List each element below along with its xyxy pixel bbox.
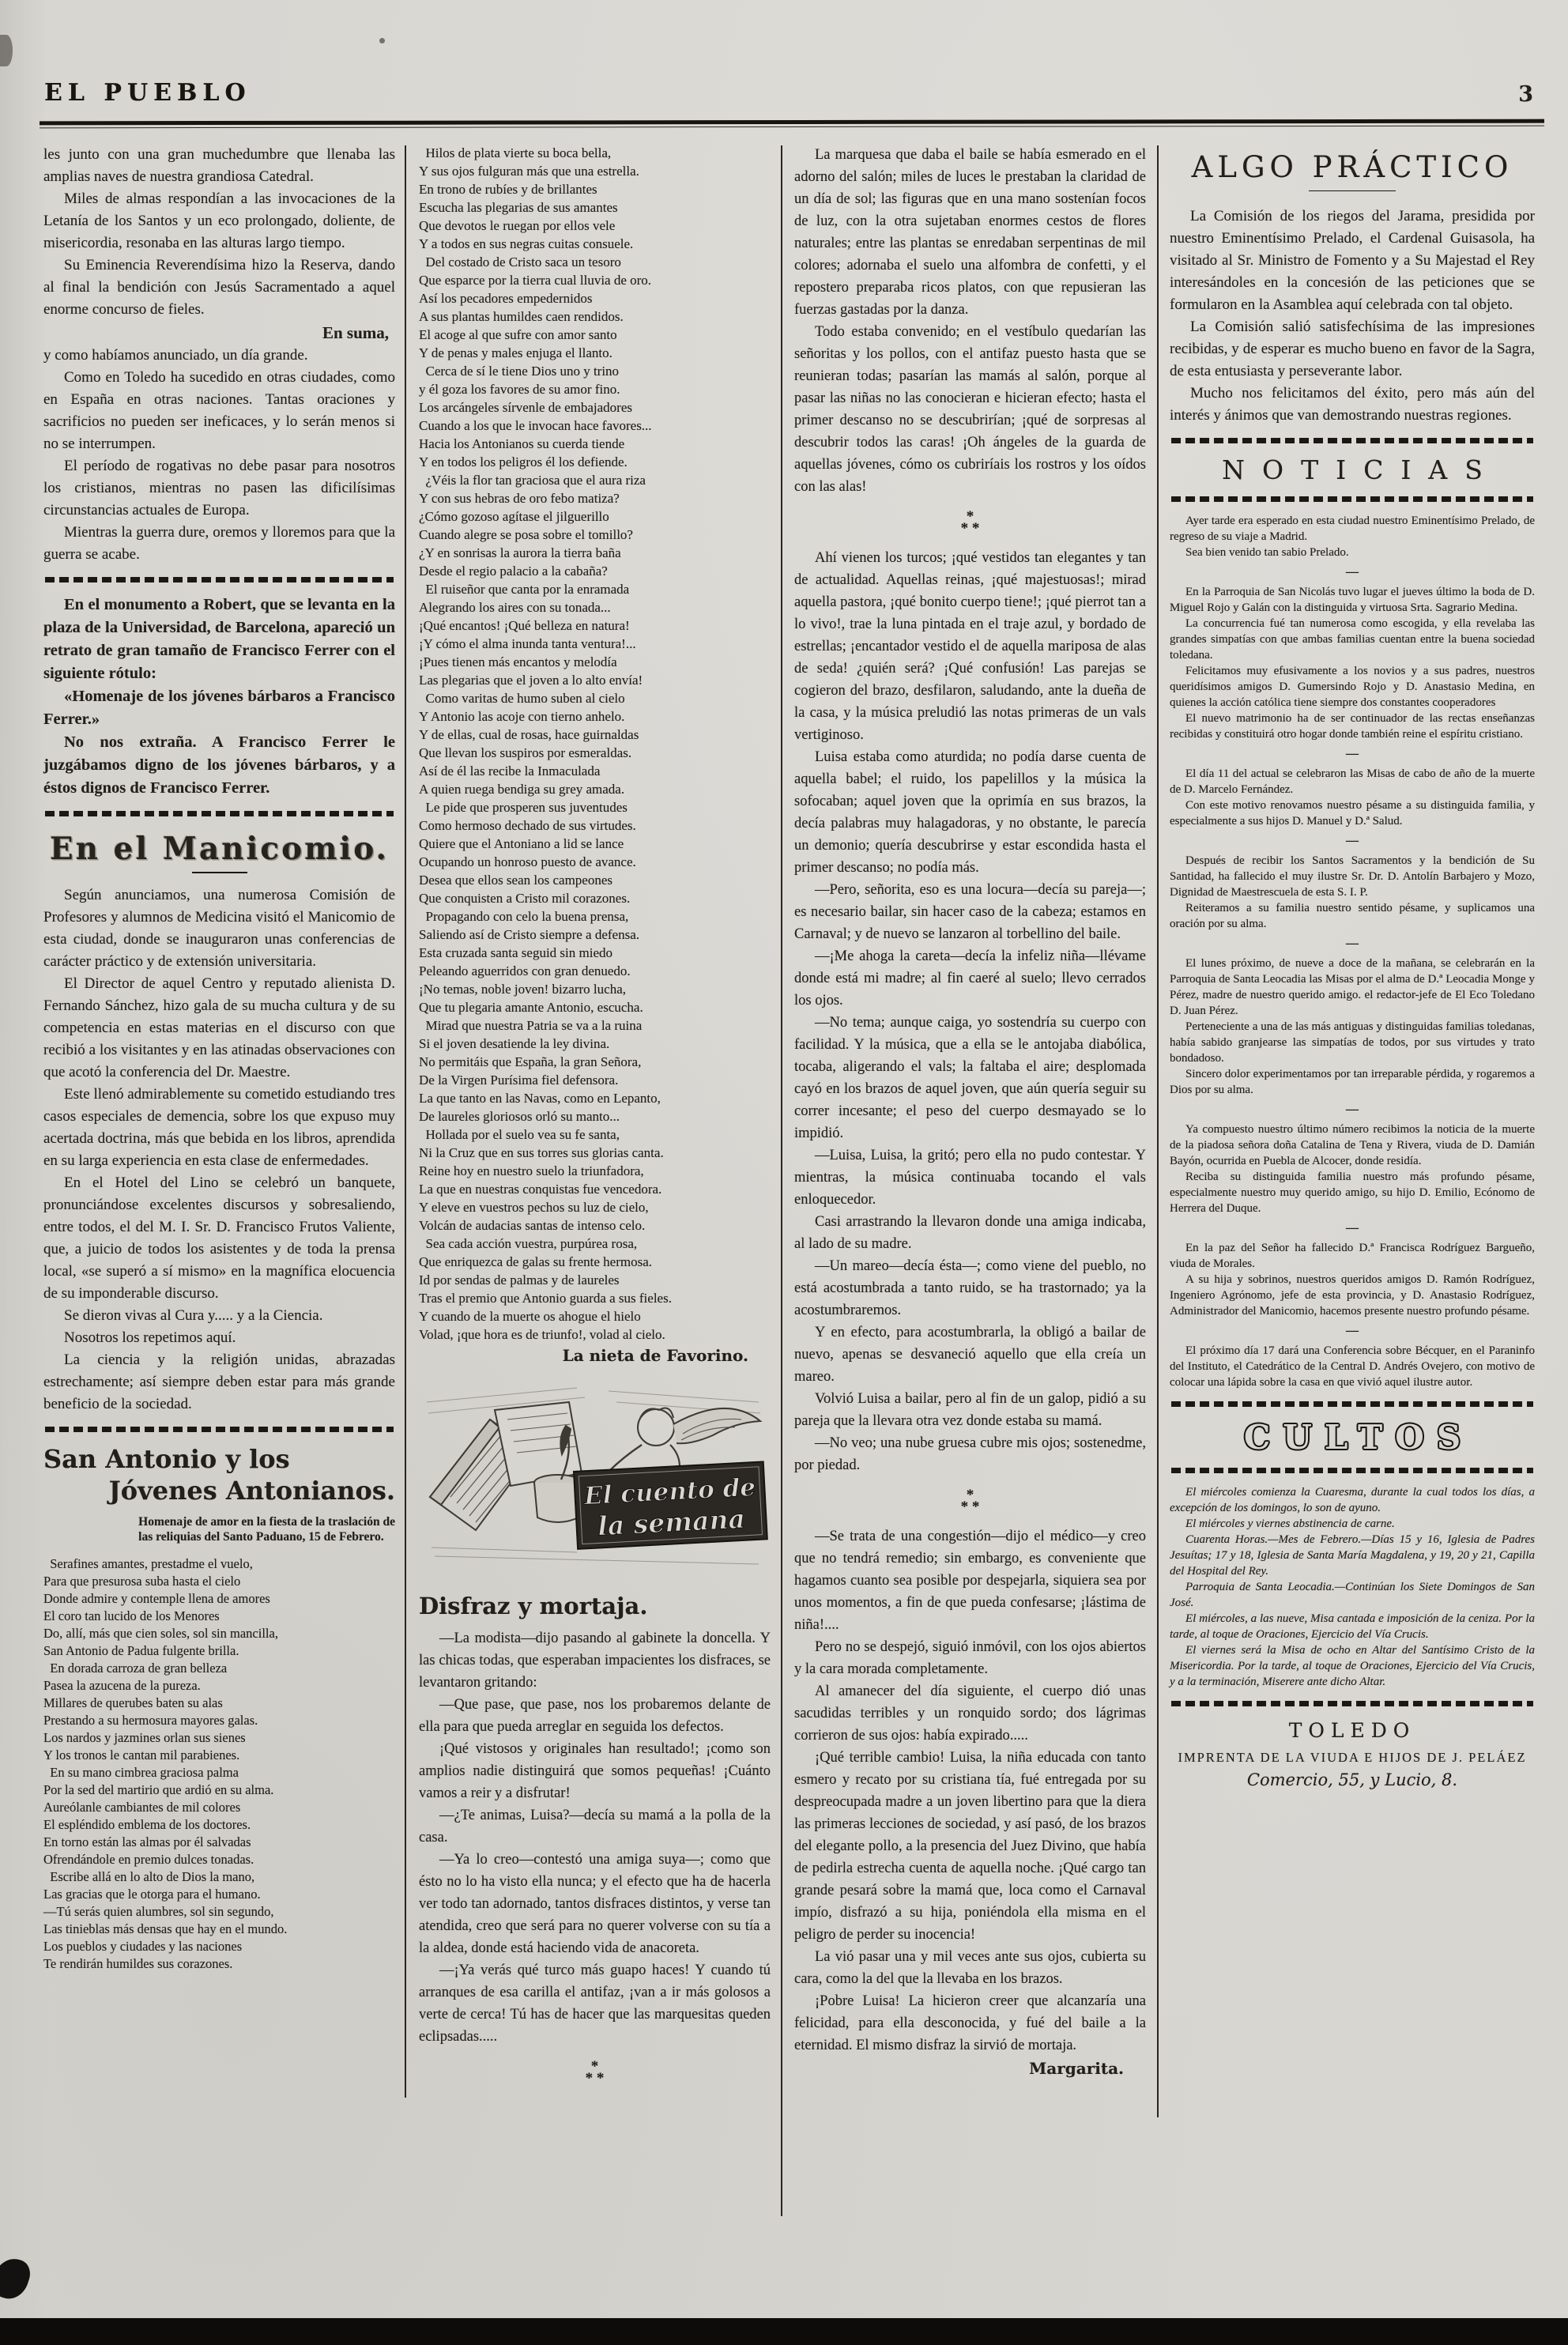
paragraph: El Director de aquel Centro y reputado a… — [43, 973, 395, 1084]
paragraph: Ya compuesto nuestro último número recib… — [1170, 1122, 1535, 1169]
paragraph: Todo estaba convenido; en el vestíbulo q… — [794, 321, 1146, 498]
poem-line: Que enriquezca de galas su frente hermos… — [419, 1253, 771, 1271]
poem-line: Esta cruzada santa seguid sin miedo — [419, 944, 771, 962]
paragraph: Reciba su distinguida familia nuestro má… — [1170, 1169, 1535, 1216]
poem-line: ¿Y en sonrisas la aurora la tierra baña — [419, 544, 771, 562]
poem-line: Y sus ojos fulguran más que una estrella… — [419, 162, 771, 180]
dashed-separator — [1171, 1701, 1533, 1706]
paragraph: Se dieron vivas al Cura y..... y a la Ci… — [43, 1305, 395, 1327]
paragraph: El período de rogativas no debe pasar pa… — [43, 455, 395, 522]
poem-line: Cerca de sí le tiene Dios uno y trino — [419, 362, 771, 380]
en-suma-line: En suma, — [43, 321, 395, 345]
paragraph: El día 11 del actual se celebraron las M… — [1170, 766, 1535, 797]
poem-line: Donde admire y contemple llena de amores — [43, 1590, 395, 1608]
notice-divider: — — [1170, 832, 1535, 850]
paragraph: —Luisa, Luisa, la gritó; pero ella no pu… — [794, 1144, 1146, 1211]
poem-line: Que conquisten a Cristo mil corazones. — [419, 889, 771, 907]
poem-line: Escribe allá en lo alto de Dios la mano, — [43, 1868, 395, 1886]
article-manicomio: Según anunciamos, una numerosa Comisión … — [43, 884, 395, 1416]
paragraph: Mientras la guerra dure, oremos y llorem… — [43, 522, 395, 566]
newspaper-masthead: EL PUEBLO — [44, 79, 251, 107]
headline-underline — [192, 872, 247, 873]
poem-line: ¡No temas, noble joven! bizarro lucha, — [419, 980, 771, 998]
scan-ink-blob — [0, 2253, 34, 2303]
poem-line: Sea cada acción vuestra, purpúrea rosa, — [419, 1235, 771, 1253]
paragraph: —Que pase, que pase, nos los probaremos … — [419, 1694, 771, 1738]
poem-line: Y los tronos le cantan mil parabienes. — [43, 1747, 395, 1764]
paragraph: Reiteramos a su familia nuestro sentido … — [1170, 900, 1535, 932]
poem-part-1: Serafines amantes, prestadme el vuelo,Pa… — [43, 1555, 395, 1973]
poem-line: Del costado de Cristo saca un tesoro — [419, 253, 771, 271]
dashed-separator — [1171, 1401, 1533, 1407]
notice-item: El lunes próximo, de nueve a doce de la … — [1170, 956, 1535, 1098]
paragraph: ¡Qué terrible cambio! Luisa, la niña edu… — [794, 1747, 1146, 1946]
notice-divider: — — [1170, 935, 1535, 952]
poem-line: Ocupando un honroso puesto de avance. — [419, 853, 771, 871]
poem-line: Que esparce por la tierra cual lluvia de… — [419, 271, 771, 289]
paragraph: —Pero, señorita, eso es una locura—decía… — [794, 879, 1146, 945]
paragraph: —¿Te animas, Luisa?—decía su mamá a la p… — [419, 1804, 771, 1849]
poem-line: Le pide que prosperen sus juventudes — [419, 798, 771, 816]
notice-divider: — — [1170, 564, 1535, 581]
paragraph: —¡Ya verás qué turco más guapo haces! Y … — [419, 1959, 771, 2048]
paragraph: les junto con una gran muchedumbre que l… — [43, 144, 395, 188]
asterism-bottom: * * — [419, 2072, 771, 2084]
poem-line: Desea que ellos sean los campeones — [419, 871, 771, 889]
poem-line: ¡Pues tienen más encantos y melodía — [419, 653, 771, 671]
poem-line: Y cuando de la muerte os ahogue el hielo — [419, 1307, 771, 1325]
paragraph: y como habíamos anunciado, un día grande… — [43, 345, 395, 367]
paragraph: No nos extraña. A Francisco Ferrer le ju… — [43, 731, 395, 800]
poem-line: Como hermoso dechado de sus virtudes. — [419, 816, 771, 835]
poem-line: Y eleve en vuestros pechos su luz de cie… — [419, 1198, 771, 1216]
scan-mark-top-left — [0, 35, 13, 66]
poem-line: Las gracias que le otorga para el humano… — [43, 1886, 395, 1903]
poem-line: Saliendo así de Cristo siempre a defensa… — [419, 926, 771, 944]
poem-line: Que devotos le ruegan por ellos vele — [419, 217, 771, 235]
paragraph: Después de recibir los Santos Sacramento… — [1170, 853, 1535, 900]
paragraph: —Se trata de una congestión—dijo el médi… — [794, 1525, 1146, 1636]
paragraph: Con este motivo renovamos nuestro pésame… — [1170, 797, 1535, 829]
notice-divider: — — [1170, 1101, 1535, 1118]
asterism-bottom: * * — [794, 1501, 1146, 1513]
paragraph: Ayer tarde era esperado en esta ciudad n… — [1170, 513, 1535, 545]
notice-divider: — — [1170, 1322, 1535, 1340]
poem-line: A quien ruega bendiga su grey amada. — [419, 780, 771, 798]
asterism-bottom: * * — [794, 522, 1146, 534]
poem-line: ¡Qué encantos! ¡Qué belleza en natura! — [419, 616, 771, 635]
paragraph: —No veo; una nube gruesa cubre mis ojos;… — [794, 1432, 1146, 1476]
poem-line: Y con sus hebras de oro febo matiza? — [419, 489, 771, 507]
notice-item: Ayer tarde era esperado en esta ciudad n… — [1170, 513, 1535, 560]
poem-line: Mirad que nuestra Patria se va a la ruin… — [419, 1016, 771, 1035]
headline-cultos: CULTOS — [1170, 1418, 1535, 1457]
paragraph: El nuevo matrimonio ha de ser continuado… — [1170, 711, 1535, 742]
poem-line: San Antonio de Padua fulgente brilla. — [43, 1642, 395, 1660]
notice-item: Después de recibir los Santos Sacramento… — [1170, 853, 1535, 932]
poem-line: En trono de rubíes y de brillantes — [419, 180, 771, 198]
story-part-2a: La marquesa que daba el baile se había e… — [794, 144, 1146, 498]
poem-line: Hilos de plata vierte su boca bella, — [419, 144, 771, 162]
notice-divider: — — [1170, 745, 1535, 763]
column-1: les junto con una gran muchedumbre que l… — [43, 144, 395, 1973]
poem-line: Quiere que el Antoniano a lid se lance — [419, 835, 771, 853]
section-cultos: El miércoles comienza la Cuaresma, duran… — [1170, 1484, 1535, 1690]
poem-signature: La nieta de Favorino. — [419, 1344, 771, 1367]
headline-algo-practico: ALGO PRÁCTICO — [1170, 150, 1535, 184]
paragraph: Este llenó admirablemente su cometido es… — [43, 1084, 395, 1172]
poem-line: Los arcángeles sírvenle de embajadores — [419, 398, 771, 417]
paragraph: Cuarenta Horas.—Mes de Febrero.—Días 15 … — [1170, 1532, 1535, 1579]
poem-line: El ruiseñor que canta por la enramada — [419, 580, 771, 598]
paragraph: ¡Pobre Luisa! La hicieron creer que alca… — [794, 1990, 1146, 2057]
paragraph: Pero no se despejó, siguió inmóvil, con … — [794, 1636, 1146, 1680]
story-part-2c: —Se trata de una congestión—dijo el médi… — [794, 1525, 1146, 2057]
poem-line: Así de él las recibe la Inmaculada — [419, 762, 771, 780]
poem-line: ¿Cómo gozoso agítase el jilguerillo — [419, 507, 771, 526]
paragraph: La ciencia y la religión unidas, abrazad… — [43, 1349, 395, 1416]
poem-line: Cuando alegre se posa sobre el tomillo? — [419, 526, 771, 544]
poem-line: Y en todos los peligros él los defiende. — [419, 453, 771, 471]
notice-item: Ya compuesto nuestro último número recib… — [1170, 1122, 1535, 1216]
column-2: Hilos de plata vierte su boca bella,Y su… — [419, 144, 771, 2097]
dashed-separator — [45, 577, 394, 582]
poem-line: —Tú serás quien alumbres, sol sin segund… — [43, 1903, 395, 1921]
poem-line: Si el joven desatiende la ley divina. — [419, 1035, 771, 1053]
poem-line: Alegrando los aires con su tonada... — [419, 598, 771, 616]
headline-en-el-manicomio: En el Manicomio. — [43, 831, 395, 867]
paragraph: Miles de almas respondían a las invocaci… — [43, 188, 395, 254]
poem-line: Y a todos en sus negras cuitas consuele. — [419, 235, 771, 253]
poem-line: ¡Y cómo el alma inunda tanta ventura!... — [419, 635, 771, 653]
notice-item: En la paz del Señor ha fallecido D.ª Fra… — [1170, 1240, 1535, 1319]
poem-line: En su mano cimbrea graciosa palma — [43, 1764, 395, 1781]
poem-line: Aureólanle cambiantes de mil colores — [43, 1799, 395, 1816]
column-rule-1 — [405, 145, 406, 2098]
paragraph: La marquesa que daba el baile se había e… — [794, 144, 1146, 321]
poem-part-2: Hilos de plata vierte su boca bella,Y su… — [419, 144, 771, 1344]
asterism-separator: * * * — [794, 511, 1146, 534]
poem-line: Así los pecadores empedernidos — [419, 289, 771, 307]
poem-line: Y de ellas, cual de rosas, hace guirnald… — [419, 726, 771, 744]
footer-imprenta: IMPRENTA DE LA VIUDA E HIJOS DE J. PELÁE… — [1170, 1750, 1535, 1766]
poem-line: A sus plantas humildes caen rendidos. — [419, 307, 771, 326]
paragraph: Mucho nos felicitamos del éxito, pero má… — [1170, 383, 1535, 427]
paragraph: El lunes próximo, de nueve a doce de la … — [1170, 956, 1535, 1019]
paragraph: La vió pasar una y mil veces ante sus oj… — [794, 1946, 1146, 1990]
paragraph: En la Parroquia de San Nicolás tuvo luga… — [1170, 584, 1535, 616]
story-part-1: —La modista—dijo pasando al gabinete la … — [419, 1627, 771, 2048]
paragraph: El miércoles y viernes abstinencia de ca… — [1170, 1516, 1535, 1532]
paragraph: ¡Qué vistosos y originales han resultado… — [419, 1738, 771, 1804]
column-3: La marquesa que daba el baile se había e… — [794, 144, 1146, 2080]
poem-line: No permitáis que España, la gran Señora, — [419, 1053, 771, 1071]
paragraph: —Un mareo—decía ésta—; como viene del pu… — [794, 1255, 1146, 1321]
paragraph: Felicitamos muy efusivamente a los novio… — [1170, 663, 1535, 711]
footer-city: TOLEDO — [1170, 1719, 1535, 1742]
poem-line: Propagando con celo la buena prensa, — [419, 907, 771, 926]
poem-line: Millares de querubes baten su alas — [43, 1695, 395, 1712]
poem-line: En torno están las almas por él salvadas — [43, 1834, 395, 1851]
paragraph: El miércoles, a las nueve, Misa cantada … — [1170, 1611, 1535, 1642]
paragraph: Al amanecer del día siguiente, el cuerpo… — [794, 1680, 1146, 1747]
paragraph: En la paz del Señor ha fallecido D.ª Fra… — [1170, 1240, 1535, 1272]
headline-disfraz-y-mortaja: Disfraz y mortaja. — [419, 1593, 771, 1619]
column-rule-3 — [1157, 145, 1159, 2117]
paragraph: —¡Me ahoga la careta—decía la infeliz ni… — [794, 945, 1146, 1012]
paragraph: En el monumento a Robert, que se levanta… — [43, 594, 395, 685]
dashed-separator — [1171, 438, 1533, 443]
paragraph: La Comisión de los riegos del Jarama, pr… — [1170, 205, 1535, 316]
paragraph: —La modista—dijo pasando al gabinete la … — [419, 1627, 771, 1694]
poem-line: Ni la Cruz que en sus torres sus glorias… — [419, 1144, 771, 1162]
paragraph: Ahí vienen los turcos; ¡qué vestidos tan… — [794, 547, 1146, 746]
poem-line: De laureles gloriosos orló su manto... — [419, 1107, 771, 1125]
headline-line-1: San Antonio y los — [43, 1443, 395, 1475]
poem-line: Escucha las plegarias de sus amantes — [419, 198, 771, 217]
poem-line: La que en nuestras conquistas fue venced… — [419, 1180, 771, 1198]
poem-line: Ofrendándole en premio dulces tonadas. — [43, 1851, 395, 1868]
poem-line: Los nardos y jazmines orlan sus sienes — [43, 1729, 395, 1747]
paragraph: La Comisión salió satisfechísima de las … — [1170, 316, 1535, 383]
paragraph: El miércoles comienza la Cuaresma, duran… — [1170, 1484, 1535, 1516]
footer-address: Comercio, 55, y Lucio, 8. — [1170, 1770, 1535, 1789]
story-signature: Margarita. — [794, 2057, 1146, 2080]
poem-line: Id por sendas de palmas y de laureles — [419, 1271, 771, 1289]
asterism-separator: * * * — [794, 1489, 1146, 1513]
paragraph: —No tema; aunque caiga, yo sostendría su… — [794, 1012, 1146, 1144]
poem-line: En dorada carroza de gran belleza — [43, 1660, 395, 1677]
notice-item: En la Parroquia de San Nicolás tuvo luga… — [1170, 584, 1535, 742]
poem-line: Que tu plegaria amante Antonio, escucha. — [419, 998, 771, 1016]
poem-line: El coro tan lucido de los Menores — [43, 1608, 395, 1625]
column-4: ALGO PRÁCTICO La Comisión de los riegos … — [1170, 144, 1535, 1789]
paragraph: Perteneciente a una de las más antiguas … — [1170, 1019, 1535, 1066]
article-catedral-cont: y como habíamos anunciado, un día grande… — [43, 345, 395, 566]
poem-line: Hacia los Antonianos su cuerda tiende — [419, 435, 771, 453]
poem-line: De la Virgen Purísima fiel defensora. — [419, 1071, 771, 1089]
headline-noticias: NOTICIAS — [1170, 454, 1535, 485]
poem-line: Serafines amantes, prestadme el vuelo, — [43, 1555, 395, 1573]
newspaper-page: EL PUEBLO 3 les junto con una gran muche… — [0, 0, 1568, 2345]
poem-line: El acoge al que sufre con amor santo — [419, 326, 771, 344]
poem-line: Que llevan los suspiros por esmeraldas. — [419, 744, 771, 762]
paragraph: Luisa estaba como aturdida; no podía dar… — [794, 746, 1146, 879]
dashed-separator — [1171, 496, 1533, 502]
poem-line: Peleando aguerridos con gran denuedo. — [419, 962, 771, 980]
poem-line: El espléndido emblema de los doctores. — [43, 1816, 395, 1834]
paragraph: Casi arrastrando la llevaron donde una a… — [794, 1211, 1146, 1255]
dashed-separator — [45, 811, 394, 816]
paragraph: El viernes será la Misa de ocho en Altar… — [1170, 1642, 1535, 1690]
poem-line: ¿Véis la flor tan graciosa que el aura r… — [419, 471, 771, 489]
asterism-separator: * * * — [419, 2060, 771, 2084]
scan-bottom-edge — [0, 2318, 1568, 2345]
illustration-cuento-semana: El cuento de la semana — [419, 1378, 771, 1580]
poem-line: Las plegarias que el joven a lo alto env… — [419, 671, 771, 689]
paragraph: Sincero dolor experimentamos por tan irr… — [1170, 1066, 1535, 1098]
paragraph: Su Eminencia Reverendísima hizo la Reser… — [43, 254, 395, 321]
paragraph: Volvió Luisa a bailar, pero al fin de un… — [794, 1388, 1146, 1432]
paragraph: Según anunciamos, una numerosa Comisión … — [43, 884, 395, 973]
paragraph: A su hija y sobrinos, nuestros queridos … — [1170, 1272, 1535, 1319]
paragraph: El próximo día 17 dará una Conferencia s… — [1170, 1343, 1535, 1390]
headline-line-2: Jóvenes Antonianos. — [43, 1475, 395, 1506]
poem-line: Volcán de audacias santas de intenso cel… — [419, 1216, 771, 1235]
paragraph: En el Hotel del Lino se celebró un banqu… — [43, 1172, 395, 1305]
poem-line: Y Antonio las acoje con tierno anhelo. — [419, 707, 771, 726]
story-part-2b: Ahí vienen los turcos; ¡qué vestidos tan… — [794, 547, 1146, 1476]
poem-line: Las tinieblas más densas que hay en el m… — [43, 1921, 395, 1938]
poem-line: Como varitas de humo suben al cielo — [419, 689, 771, 707]
poem-line: y él goza los favores de su amor fino. — [419, 380, 771, 398]
poem-dedication: Homenaje de amor en la fiesta de la tras… — [138, 1514, 395, 1544]
notice-item: El día 11 del actual se celebraron las M… — [1170, 766, 1535, 829]
poem-line: Volad, ¡que hora es de triunfo!, volad a… — [419, 1325, 771, 1344]
poem-line: Desde el regio palacio a la cabaña? — [419, 562, 771, 580]
paragraph: Como en Toledo ha sucedido en otras ciud… — [43, 367, 395, 455]
dashed-separator — [45, 1427, 394, 1432]
poem-line: Para que presurosa suba hasta el cielo — [43, 1573, 395, 1590]
poem-line: Te rendirán humildes sus corazones. — [43, 1955, 395, 1973]
paragraph: Parroquia de Santa Leocadia.—Continúan l… — [1170, 1579, 1535, 1611]
poem-line: Pasea la azucena de la pureza. — [43, 1677, 395, 1695]
page-number: 3 — [1518, 82, 1533, 107]
article-algo-practico: La Comisión de los riegos del Jarama, pr… — [1170, 205, 1535, 427]
paragraph: «Homenaje de los jóvenes bárbaros a Fran… — [43, 685, 395, 731]
paragraph: La concurrencia fué tan numerosa como es… — [1170, 616, 1535, 663]
notice-item: El próximo día 17 dará una Conferencia s… — [1170, 1343, 1535, 1390]
headline-underline — [1309, 190, 1396, 191]
poem-line: Reine hoy en nuestro suelo la triunfador… — [419, 1162, 771, 1180]
poem-line: Cuando a los que le invocan hace favores… — [419, 417, 771, 435]
paragraph: —Ya lo creo—contestó una amiga suya—; co… — [419, 1849, 771, 1959]
poem-line: La que tanto en las Navas, como en Lepan… — [419, 1089, 771, 1107]
paragraph: Y en efecto, para acostumbrarla, la obli… — [794, 1321, 1146, 1388]
poem-line: Hollada por el suelo vea su fe santa, — [419, 1125, 771, 1144]
article-robert-ferrer: En el monumento a Robert, que se levanta… — [43, 594, 395, 800]
notice-divider: — — [1170, 1220, 1535, 1237]
article-catedral: les junto con una gran muchedumbre que l… — [43, 144, 395, 321]
dashed-separator — [1171, 1468, 1533, 1473]
poem-line: Los pueblos y ciudades y las naciones — [43, 1938, 395, 1955]
poem-line: Por la sed del martirio que ardió en su … — [43, 1781, 395, 1799]
scan-smudge — [379, 38, 385, 43]
paragraph: Nosotros los repetimos aquí. — [43, 1327, 395, 1349]
poem-line: Prestando a su hermosura mayores galas. — [43, 1712, 395, 1729]
headline-san-antonio: San Antonio y los Jóvenes Antonianos. — [43, 1443, 395, 1506]
poem-line: Y de penas y males enjuga el llanto. — [419, 344, 771, 362]
header-rule — [40, 119, 1544, 129]
poem-line: Do, allí, más que cien soles, sol sin ma… — [43, 1625, 395, 1642]
poem-line: Tras el premio que Antonio guarda a sus … — [419, 1289, 771, 1307]
column-rule-2 — [781, 145, 782, 2216]
paragraph: Sea bien venido tan sabio Prelado. — [1170, 545, 1535, 560]
